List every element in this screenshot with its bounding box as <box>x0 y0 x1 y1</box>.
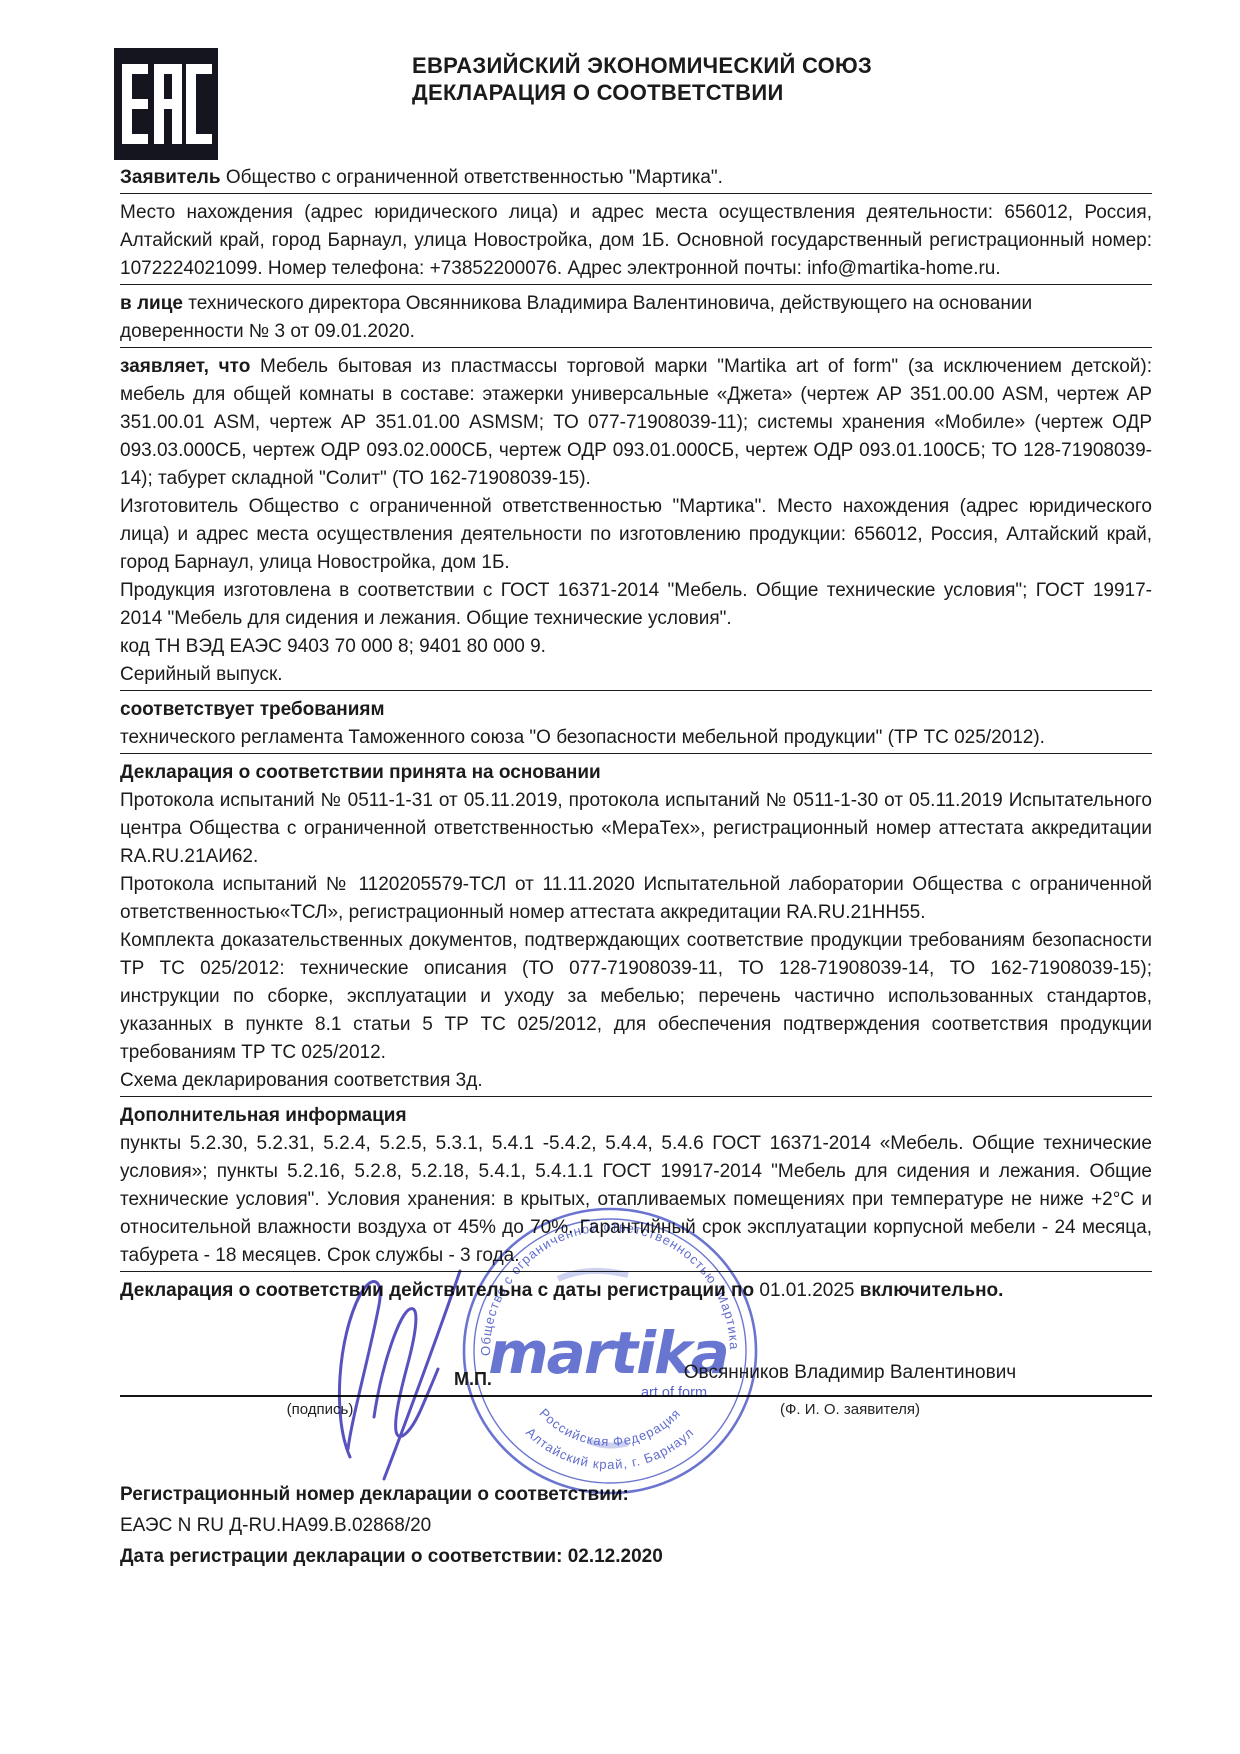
company-stamp: Общество с ограниченной ответственностью… <box>438 1201 782 1501</box>
divider <box>120 690 1152 691</box>
svg-text:Российская Федерация: Российская Федерация <box>536 1405 683 1449</box>
applicant-name: Овсянников Владимир Валентинович <box>550 1359 1150 1387</box>
address-paragraph: Место нахождения (адрес юридического лиц… <box>120 199 1152 283</box>
in-person-paragraph: в лице технического директора Овсянников… <box>120 290 1152 346</box>
mp-label: М.П. <box>454 1369 492 1390</box>
basis-paragraph-1: Протокола испытаний № 0511-1-31 от 05.11… <box>120 787 1152 871</box>
in-person-text: технического директора Овсянникова Влади… <box>120 293 1032 342</box>
divider <box>120 193 1152 194</box>
document-header: ЕВРАЗИЙСКИЙ ЭКОНОМИЧЕСКИЙ СОЮЗ ДЕКЛАРАЦИ… <box>120 44 1152 162</box>
signature-block: (подпись) Общест <box>120 1319 1152 1457</box>
in-person-label: в лице <box>120 293 183 314</box>
applicant-section: Заявитель Общество с ограниченной ответс… <box>120 164 1152 285</box>
serial-line: Серийный выпуск. <box>120 661 1152 689</box>
conforms-text: технического регламента Таможенного союз… <box>120 724 1152 752</box>
in-person-section: в лице технического директора Овсянников… <box>120 290 1152 348</box>
basis-paragraph-3: Комплекта доказательственных документов,… <box>120 927 1152 1067</box>
gost-paragraph: Продукция изготовлена в соответствии с Г… <box>120 577 1152 633</box>
divider <box>120 284 1152 285</box>
declares-paragraph: заявляет, что Мебель бытовая из пластмас… <box>120 353 1152 493</box>
declares-label: заявляет, что <box>120 356 250 377</box>
divider <box>120 347 1152 348</box>
declaration-document: ЕВРАЗИЙСКИЙ ЭКОНОМИЧЕСКИЙ СОЮЗ ДЕКЛАРАЦИ… <box>0 0 1240 1754</box>
reg-date-line: Дата регистрации декларации о соответств… <box>120 1541 1152 1572</box>
basis-paragraph-2: Протокола испытаний № 1120205579-ТСЛ от … <box>120 871 1152 927</box>
title-line-2: ДЕКЛАРАЦИЯ О СООТВЕТСТВИИ <box>412 79 1152 106</box>
declares-text: Мебель бытовая из пластмассы торговой ма… <box>120 356 1152 489</box>
divider <box>120 753 1152 754</box>
conforms-label: соответствует требованиям <box>120 696 1152 724</box>
tnved-line: код ТН ВЭД ЕАЭС 9403 70 000 8; 9401 80 0… <box>120 633 1152 661</box>
reg-date-value: 02.12.2020 <box>568 1546 663 1567</box>
validity-suffix: включительно. <box>860 1280 1004 1301</box>
basis-label: Декларация о соответствии принята на осн… <box>120 759 1152 787</box>
additional-label: Дополнительная информация <box>120 1102 1152 1130</box>
reg-number-value: ЕАЭС N RU Д-RU.НА99.В.02868/20 <box>120 1510 1152 1541</box>
applicant-line: Заявитель Общество с ограниченной ответс… <box>120 164 1152 192</box>
document-title: ЕВРАЗИЙСКИЙ ЭКОНОМИЧЕСКИЙ СОЮЗ ДЕКЛАРАЦИ… <box>412 44 1152 106</box>
conformity-section: соответствует требованиям технического р… <box>120 696 1152 754</box>
title-line-1: ЕВРАЗИЙСКИЙ ЭКОНОМИЧЕСКИЙ СОЮЗ <box>412 52 1152 79</box>
applicant-value: Общество с ограниченной ответственностью… <box>226 167 723 188</box>
divider <box>120 1096 1152 1097</box>
declaration-subject-section: заявляет, что Мебель бытовая из пластмас… <box>120 353 1152 691</box>
basis-section: Декларация о соответствии принята на осн… <box>120 759 1152 1097</box>
additional-label-text: Дополнительная информация <box>120 1105 407 1126</box>
conforms-label-text: соответствует требованиям <box>120 699 385 720</box>
stamp-arc-bottom-inner-text: Российская Федерация <box>536 1405 683 1449</box>
stamp-logo-subtext: art of form <box>641 1385 707 1401</box>
eac-logo <box>114 48 218 160</box>
applicant-label: Заявитель <box>120 167 221 188</box>
manufacturer-paragraph: Изготовитель Общество с ограниченной отв… <box>120 493 1152 577</box>
reg-date-label: Дата регистрации декларации о соответств… <box>120 1546 562 1567</box>
scheme-line: Схема декларирования соответствия 3д. <box>120 1067 1152 1095</box>
basis-label-text: Декларация о соответствии принята на осн… <box>120 762 601 783</box>
